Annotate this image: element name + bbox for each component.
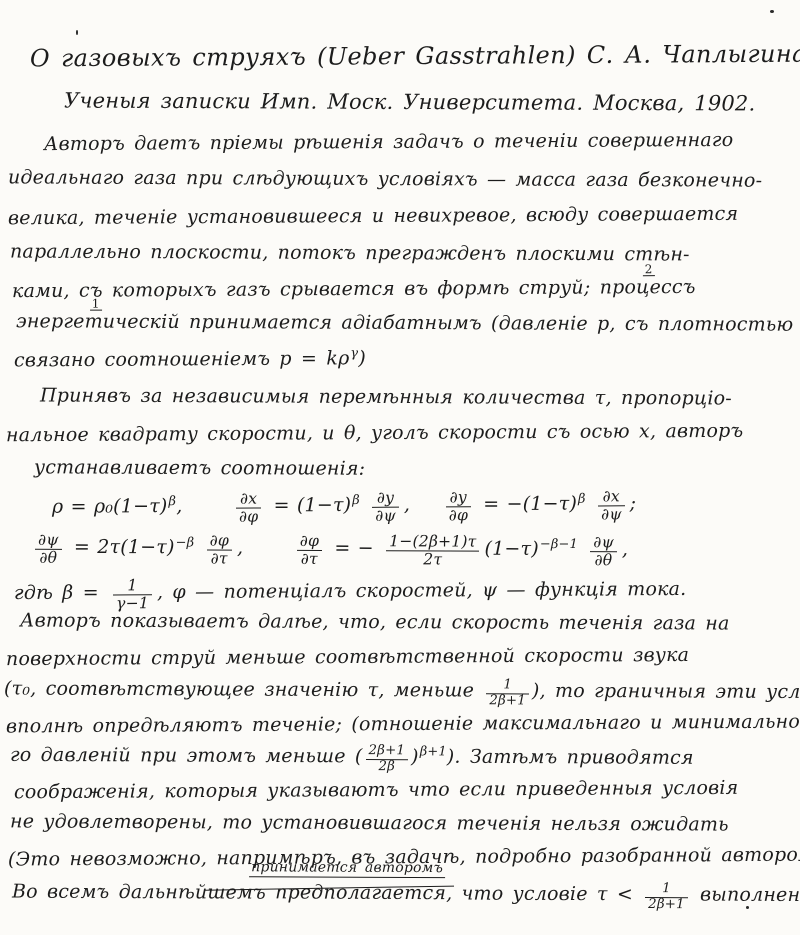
paragraph1-line5: ками, съ которыхъ газъ срывается въ форм…	[12, 276, 696, 303]
paragraph3-line5: го давленій при этомъ меньше (2β+12β)β+1…	[10, 743, 694, 776]
final-line-start: Во всемъ дальнѣйшемъ	[12, 881, 275, 904]
scan-speck	[76, 30, 78, 35]
then-given-text: ). Затѣмъ приводятся	[447, 746, 694, 769]
paragraph3-line3: (τ₀, соотвѣтствующее значенію τ, меньше …	[4, 676, 800, 710]
dphi-dtau-fraction: ∂φ∂τ	[207, 532, 233, 567]
dx-dpsi-fraction: ∂x∂ψ	[598, 488, 625, 523]
word-with-transposition-mark: 1энергетическій	[16, 310, 180, 334]
closing-paren: )	[411, 746, 419, 768]
paragraph1-line4: параллельно плоскости, потокъ прегражден…	[10, 241, 690, 267]
relation-text: связано соотношеніемъ p = kρ	[14, 347, 350, 371]
transposition-mark-1: 1	[90, 298, 102, 311]
potential-stream-note: , φ — потенціалъ скоростей, ψ — функція …	[157, 578, 687, 603]
formula-line-2: ∂ψ∂θ = 2τ(1−τ)−β ∂φ∂τ, ∂φ∂τ = − 1−(2β+1)…	[30, 532, 628, 570]
marked-word: процессъ	[600, 276, 696, 299]
pressure-ratio-text: го давленій при этомъ меньше (	[10, 744, 363, 768]
paragraph1-line3: велика, теченіе установившееся и невихре…	[8, 203, 738, 230]
separator: ;	[630, 492, 637, 514]
manuscript-page: О газовыхъ струяхъ (Ueber Gasstrahlen) С…	[0, 0, 800, 935]
paragraph2-line3: устанавливаетъ соотношенія:	[34, 456, 365, 480]
paragraph3-line7: не удовлетворены, то установившагося теч…	[10, 810, 729, 836]
boundary-conditions-text: ), то граничныя эти условія	[532, 680, 800, 703]
density-relation: ρ = ρ₀(1−τ)	[52, 495, 168, 518]
separator: ,	[237, 537, 243, 559]
one-over-2beta-plus-1-fraction: 12β+1	[645, 882, 688, 912]
word-with-transposition-mark: 2процессъ	[600, 276, 696, 299]
where-definition-line: гдѣ β = 1γ−1, φ — потенціалъ скоростей, …	[14, 574, 687, 613]
equals-minus: = −	[334, 537, 374, 559]
one-minus-tau-term: (1−τ)	[484, 538, 538, 560]
paragraph3-line9: Во всемъ дальнѣйшемъ принимается автором…	[12, 879, 800, 913]
scan-speck	[746, 906, 749, 909]
marked-word: энергетическій	[16, 310, 180, 333]
formula-line-1: ρ = ρ₀(1−τ)β, ∂x∂φ = (1−τ)β ∂y∂ψ, ∂y∂φ =…	[52, 488, 636, 527]
where-beta: гдѣ β =	[14, 582, 99, 605]
separator: ,	[622, 538, 628, 560]
equals-term: = −(1−τ)	[483, 493, 577, 516]
beta-exponent: β	[578, 491, 586, 506]
tau0-condition: (τ₀, соотвѣтствующее значенію τ, меньше	[4, 677, 474, 701]
minus-beta-exponent: −β	[176, 535, 195, 550]
corrected-word: принимается авторомъпредполагается	[275, 882, 446, 906]
dx-dphi-fraction: ∂x∂φ	[236, 491, 262, 526]
paragraph3-line4: вполнѣ опредѣляютъ теченіе; (отношеніе м…	[6, 711, 800, 739]
closing-paren: )	[358, 347, 366, 369]
fulfilled-text: выполнено.	[700, 884, 800, 907]
equals-term: = 2τ(1−τ)	[74, 536, 175, 558]
dpsi-dtheta-fraction: ∂ψ∂θ	[35, 532, 62, 567]
struck-word: предполагается	[275, 882, 446, 906]
coefficient-fraction: 1−(2β+1)τ2τ	[386, 533, 480, 569]
paragraph1-line1: Авторъ даетъ пріемы рѣшенія задачъ о теч…	[44, 129, 733, 156]
beta-exponent: β	[352, 493, 360, 508]
paragraph1-line6: 1энергетическій принимается адіабатнымъ …	[16, 310, 800, 336]
transposition-mark-2: 2	[643, 263, 655, 276]
beta-plus-one-exponent: β+1	[420, 744, 447, 759]
one-over-2beta-plus-1-fraction: 12β+1	[486, 678, 529, 708]
separator: ,	[404, 494, 410, 516]
dpsi-dtheta-fraction: ∂ψ∂θ	[590, 534, 617, 569]
scan-speck	[770, 10, 774, 13]
dy-dpsi-fraction: ∂y∂ψ	[372, 490, 399, 525]
paragraph3-line2: поверхности струй меньше соотвѣтственной…	[6, 644, 689, 671]
paragraph3-line6: соображенія, которыя указываютъ что если…	[14, 777, 739, 804]
dphi-dtau-fraction: ∂φ∂τ	[297, 533, 323, 568]
insertion-above-line: принимается авторомъ	[249, 861, 445, 878]
line6-rest: принимается адіабатнымъ (давленіе p, съ …	[180, 311, 800, 336]
separator: ,	[176, 495, 182, 517]
dy-dphi-fraction: ∂y∂φ	[446, 489, 472, 524]
paragraph2-line1: Принявъ за независимыя перемѣнныя количе…	[40, 384, 732, 410]
condition-text: , что условіе τ <	[446, 882, 633, 905]
paragraph1-line7: связано соотношеніемъ p = kργ)	[14, 346, 366, 372]
page-title: О газовыхъ струяхъ (Ueber Gasstrahlen) С…	[30, 40, 800, 74]
pressure-ratio-fraction: 2β+12β	[365, 744, 408, 774]
beta-fraction: 1γ−1	[113, 577, 152, 612]
paragraph1-line2: идеальнаго газа при слѣдующихъ условіяхъ…	[8, 166, 762, 192]
paragraph2-line2: нальное квадрату скорости, и θ, уголъ ск…	[6, 420, 743, 447]
minus-beta-minus-one-exponent: −β−1	[540, 537, 578, 552]
equals-term: = (1−τ)	[273, 494, 351, 516]
paragraph3-line1: Авторъ показываетъ далѣе, что, если скор…	[20, 609, 730, 635]
page-subtitle: Ученыя записки Имп. Моск. Университета. …	[64, 88, 756, 116]
